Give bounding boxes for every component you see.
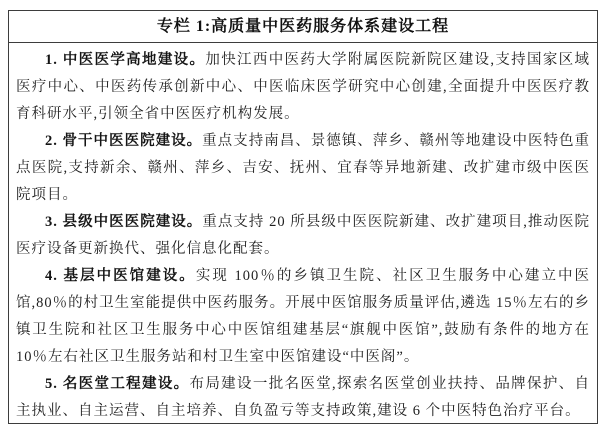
column-box: 专栏 1:高质量中医药服务体系建设工程 1. 中医医学高地建设。加快江西中医药大… — [8, 10, 598, 424]
paragraph-1: 1. 中医医学高地建设。加快江西中医药大学附属医院新院区建设,支持国家区域医疗中… — [16, 47, 590, 128]
paragraph-3-heading: 3. 县级中医医院建设。 — [45, 214, 202, 230]
paragraph-5-heading: 5. 名医堂工程建设。 — [45, 376, 190, 392]
box-body: 1. 中医医学高地建设。加快江西中医药大学附属医院新院区建设,支持国家区域医疗中… — [9, 43, 597, 424]
paragraph-3: 3. 县级中医医院建设。重点支持 20 所县级中医医院新建、改扩建项目,推动医院… — [16, 209, 590, 263]
paragraph-4-heading: 4. 基层中医馆建设。 — [45, 268, 196, 284]
box-title: 专栏 1:高质量中医药服务体系建设工程 — [9, 11, 597, 43]
paragraph-1-heading: 1. 中医医学高地建设。 — [45, 52, 205, 68]
paragraph-2: 2. 骨干中医医院建设。重点支持南昌、景德镇、萍乡、赣州等地建设中医特色重点医院… — [16, 128, 590, 209]
paragraph-2-heading: 2. 骨干中医医院建设。 — [45, 133, 202, 149]
document-page: 专栏 1:高质量中医药服务体系建设工程 1. 中医医学高地建设。加快江西中医药大… — [0, 0, 608, 434]
paragraph-4: 4. 基层中医馆建设。实现 100％的乡镇卫生院、社区卫生服务中心建立中医馆,8… — [16, 263, 590, 371]
paragraph-5: 5. 名医堂工程建设。布局建设一批名医堂,探索名医堂创业扶持、品牌保护、自主执业… — [16, 371, 590, 424]
